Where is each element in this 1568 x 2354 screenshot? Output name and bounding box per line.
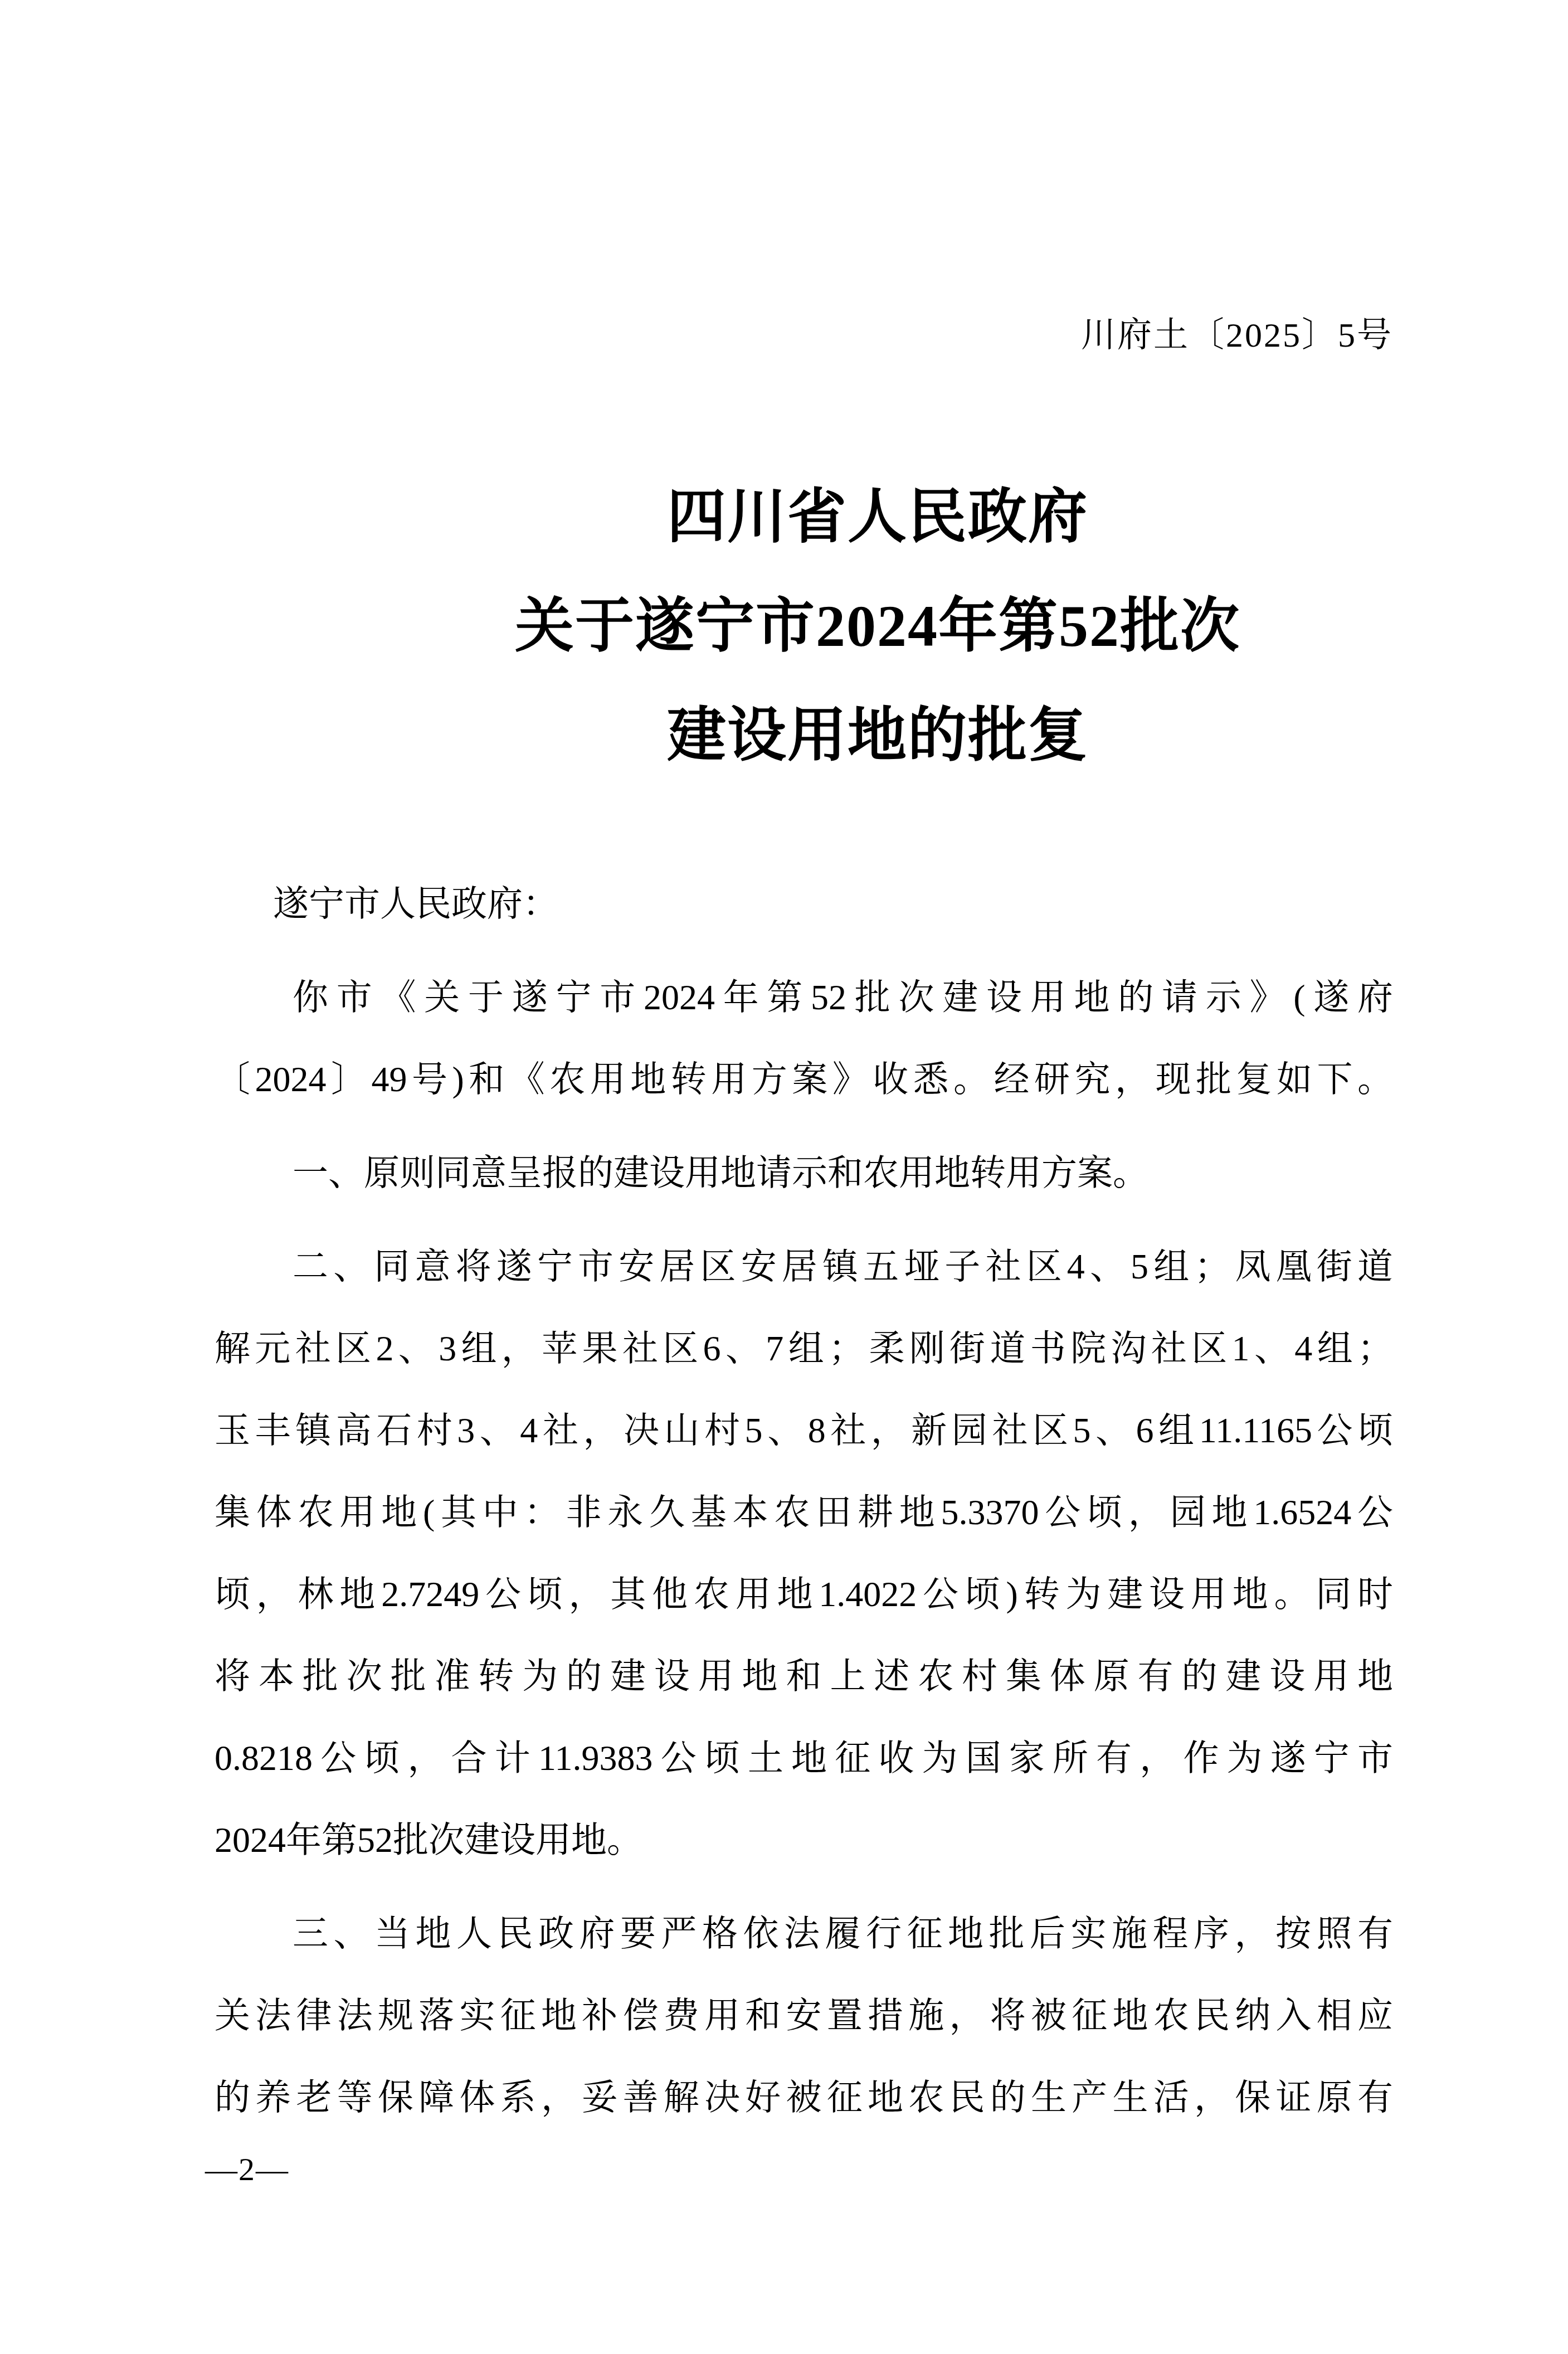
body-line: 三、当地人民政府要严格依法履行征地批后实施程序，按照有 xyxy=(215,1893,1393,1974)
salutation-paragraph: 遂宁市人民政府： xyxy=(215,863,1393,945)
paragraph-item-2: 二、同意将遂宁市安居区安居镇五垭子社区4、5组；凤凰街道 解元社区2、3组，苹果… xyxy=(215,1225,1393,1881)
body-line: 将本批次批准转为的建设用地和上述农村集体原有的建设用地 xyxy=(215,1635,1393,1717)
document-title: 四川省人民政府 关于遂宁市2024年第52批次 建设用地的批复 xyxy=(187,463,1568,790)
body-line: 集体农用地(其中：非永久基本农田耕地5.3370公顷，园地1.6524公 xyxy=(215,1471,1393,1553)
body-line: 顷，林地2.7249公顷，其他农用地1.4022公顷)转为建设用地。同时 xyxy=(215,1553,1393,1635)
body-line: 〔2024〕49号)和《农用地转用方案》收悉。经研究，现批复如下。 xyxy=(215,1038,1393,1120)
body-line: 解元社区2、3组，苹果社区6、7组；柔刚街道书院沟社区1、4组； xyxy=(215,1307,1393,1389)
title-line-subject: 关于遂宁市2024年第52批次 xyxy=(187,572,1568,681)
body-line: 你市《关于遂宁市2024年第52批次建设用地的请示》(遂府 xyxy=(215,956,1393,1038)
body-line: 0.8218公顷，合计11.9383公顷土地征收为国家所有，作为遂宁市 xyxy=(215,1717,1393,1799)
salutation-line: 遂宁市人民政府： xyxy=(215,863,1393,945)
body-line: 的养老等保障体系，妥善解决好被征地农民的生产生活，保证原有 xyxy=(215,2056,1393,2138)
paragraph-item-3: 三、当地人民政府要严格依法履行征地批后实施程序，按照有 关法律法规落实征地补偿费… xyxy=(215,1893,1393,2138)
paragraph-item-1: 一、原则同意呈报的建设用地请示和农用地转用方案。 xyxy=(215,1132,1393,1214)
body-line: 关法律法规落实征地补偿费用和安置措施，将被征地农民纳入相应 xyxy=(215,1974,1393,2056)
document-page: 川府土〔2025〕5号 四川省人民政府 关于遂宁市2024年第52批次 建设用地… xyxy=(0,0,1568,2354)
body-line: 2024年第52批次建设用地。 xyxy=(215,1799,1393,1881)
body-line: 二、同意将遂宁市安居区安居镇五垭子社区4、5组；凤凰街道 xyxy=(215,1225,1393,1307)
title-line-subject-2: 建设用地的批复 xyxy=(187,681,1568,790)
title-line-issuer: 四川省人民政府 xyxy=(187,463,1568,572)
body-line: 玉丰镇高石村3、4社，决山村5、8社，新园社区5、6组11.1165公顷 xyxy=(215,1389,1393,1471)
page-number: —2— xyxy=(205,2144,289,2195)
body-line: 一、原则同意呈报的建设用地请示和农用地转用方案。 xyxy=(215,1132,1393,1214)
paragraph-intro: 你市《关于遂宁市2024年第52批次建设用地的请示》(遂府 〔2024〕49号)… xyxy=(215,956,1393,1120)
document-body: 遂宁市人民政府： 你市《关于遂宁市2024年第52批次建设用地的请示》(遂府 〔… xyxy=(215,863,1393,2138)
doc-reference-number: 川府土〔2025〕5号 xyxy=(1081,311,1393,360)
